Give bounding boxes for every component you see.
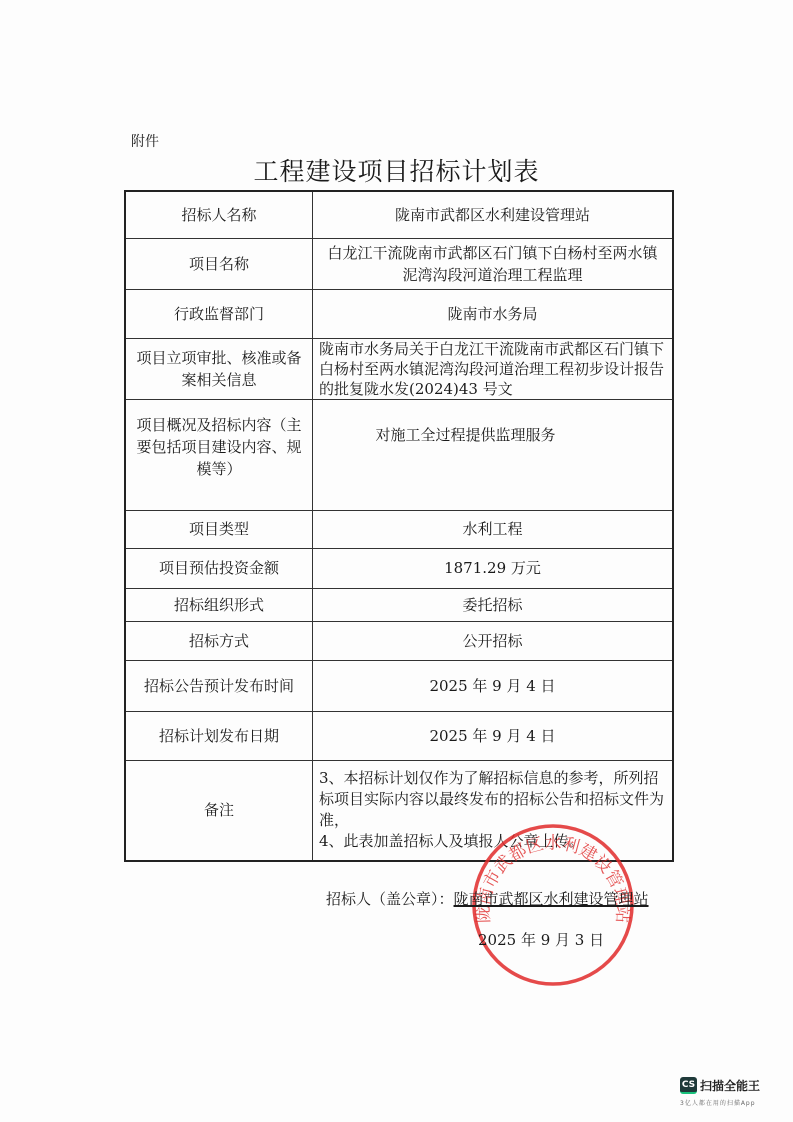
scanner-watermark: CS扫描全能王 3亿人都在用的扫描App	[680, 1075, 760, 1107]
row-value: 陇南市水务局关于白龙江干流陇南市武都区石门镇下白杨村至两水镇泥湾沟段河道治理工程…	[313, 338, 674, 399]
table-row: 招标方式 公开招标	[125, 621, 673, 660]
table-row: 招标计划发布日期 2025 年 9 月 4 日	[125, 711, 673, 760]
table-row: 招标人名称 陇南市武都区水利建设管理站	[125, 191, 673, 238]
table-row: 招标组织形式 委托招标	[125, 588, 673, 621]
page-title: 工程建设项目招标计划表	[0, 152, 793, 188]
row-label: 项目名称	[125, 238, 313, 289]
bidding-plan-table: 招标人名称 陇南市武都区水利建设管理站 项目名称 白龙江干流陇南市武都区石门镇下…	[124, 190, 674, 862]
watermark-app-name: 扫描全能王	[700, 1079, 760, 1093]
row-label: 行政监督部门	[125, 289, 313, 338]
table-row: 行政监督部门 陇南市水务局	[125, 289, 673, 338]
table-row: 项目名称 白龙江干流陇南市武都区石门镇下白杨村至两水镇泥湾沟段河道治理工程监理	[125, 238, 673, 289]
row-label: 招标组织形式	[125, 588, 313, 621]
table-row: 项目概况及招标内容（主要包括项目建设内容、规模等） 对施工全过程提供监理服务	[125, 399, 673, 510]
row-value: 白龙江干流陇南市武都区石门镇下白杨村至两水镇泥湾沟段河道治理工程监理	[313, 238, 674, 289]
row-label: 招标公告预计发布时间	[125, 660, 313, 711]
row-value: 委托招标	[313, 588, 674, 621]
row-label: 项目立项审批、核准或备案相关信息	[125, 338, 313, 399]
remark-item-4: 4、此表加盖招标人及填报人公章上传。	[319, 831, 666, 852]
row-value: 陇南市武都区水利建设管理站	[313, 191, 674, 238]
remark-item-3: 3、本招标计划仅作为了解招标信息的参考，所列招标项目实际内容以最终发布的招标公告…	[319, 768, 666, 831]
row-label: 招标人名称	[125, 191, 313, 238]
signature-label: 招标人（盖公章）：	[326, 890, 454, 908]
signature-organization: 陇南市武都区水利建设管理站	[454, 890, 657, 908]
table-row: 备注 3、本招标计划仅作为了解招标信息的参考，所列招标项目实际内容以最终发布的招…	[125, 760, 673, 861]
row-value: 水利工程	[313, 510, 674, 548]
row-label: 项目类型	[125, 510, 313, 548]
row-value: 2025 年 9 月 4 日	[313, 711, 674, 760]
row-value: 2025 年 9 月 4 日	[313, 660, 674, 711]
row-label: 招标计划发布日期	[125, 711, 313, 760]
row-value: 1871.29 万元	[313, 548, 674, 588]
table-row: 项目预估投资金额 1871.29 万元	[125, 548, 673, 588]
table-row: 招标公告预计发布时间 2025 年 9 月 4 日	[125, 660, 673, 711]
row-label: 项目预估投资金额	[125, 548, 313, 588]
row-label: 备注	[125, 760, 313, 861]
row-value: 陇南市水务局	[313, 289, 674, 338]
signature-date: 2025 年 9 月 3 日	[478, 929, 604, 950]
row-value: 公开招标	[313, 621, 674, 660]
row-label: 项目概况及招标内容（主要包括项目建设内容、规模等）	[125, 399, 313, 510]
table-row: 项目立项审批、核准或备案相关信息 陇南市水务局关于白龙江干流陇南市武都区石门镇下…	[125, 338, 673, 399]
watermark-tagline: 3亿人都在用的扫描App	[680, 1098, 760, 1107]
row-value: 对施工全过程提供监理服务	[313, 399, 674, 510]
remarks-value: 3、本招标计划仅作为了解招标信息的参考，所列招标项目实际内容以最终发布的招标公告…	[313, 760, 674, 861]
camscanner-logo-icon: CS	[680, 1077, 697, 1094]
table-row: 项目类型 水利工程	[125, 510, 673, 548]
row-label: 招标方式	[125, 621, 313, 660]
signature-line: 招标人（盖公章）：陇南市武都区水利建设管理站	[326, 888, 657, 909]
attachment-label: 附件	[131, 131, 159, 151]
